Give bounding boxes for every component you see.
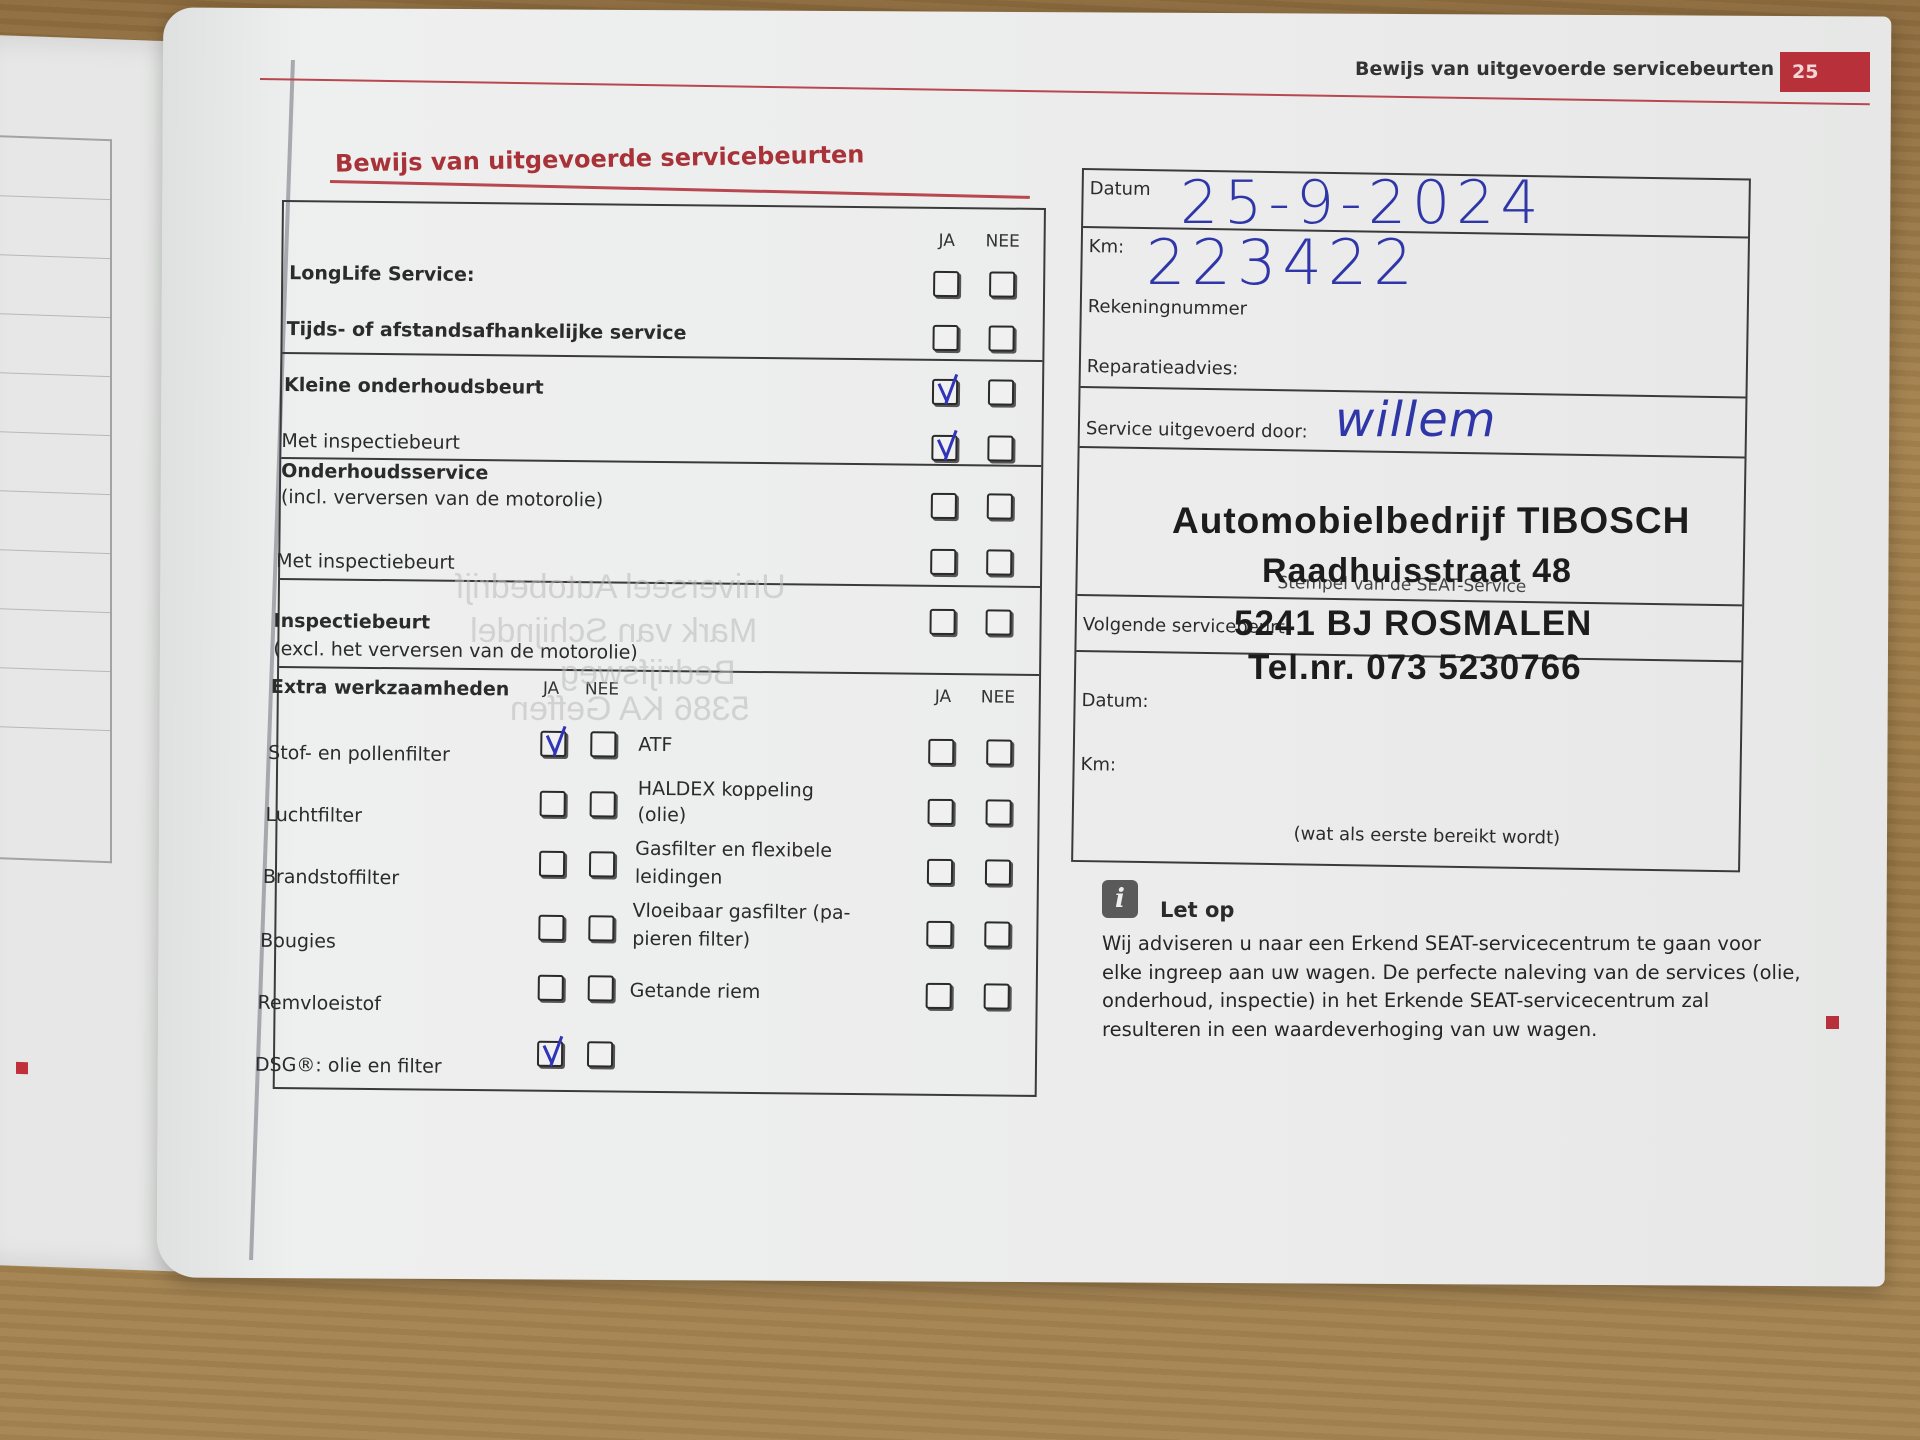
- checkbox-haldex-ja[interactable]: [927, 799, 953, 825]
- checkbox-stof-ja[interactable]: [540, 731, 566, 757]
- col-ja-header: JA: [939, 231, 956, 251]
- extra-col-nee-right: NEE: [981, 687, 1015, 707]
- extra-label-lucht: Luchtfilter: [265, 804, 362, 827]
- service-label-kleine: Kleine onderhoudsbeurt: [284, 374, 544, 399]
- extra-heading: Extra werkzaamheden: [271, 676, 510, 700]
- volgende-km-label: Km:: [1080, 754, 1116, 776]
- ghost-stamp-line: Bedrijfsweg: [560, 654, 736, 693]
- checkbox-onderhoud-ja[interactable]: [931, 493, 957, 519]
- stamp-dealer-name: Automobielbedrijf TIBOSCH: [1172, 500, 1690, 542]
- checkbox-remvloeistof-nee[interactable]: [588, 975, 614, 1001]
- checkbox-met-inspectie-2-nee[interactable]: [986, 549, 1012, 575]
- service-label-met-inspectie-2: Met inspectiebeurt: [276, 550, 455, 574]
- checkbox-vloeibaar-ja[interactable]: [926, 921, 952, 947]
- checkbox-brandstof-nee[interactable]: [589, 851, 615, 877]
- reparatie-label: Reparatieadvies:: [1087, 356, 1239, 379]
- checkbox-met-inspectie-1-nee[interactable]: [987, 435, 1013, 461]
- checkbox-onderhoud-nee[interactable]: [987, 493, 1013, 519]
- checkbox-bougies-nee[interactable]: [588, 915, 614, 941]
- notice-title: Let op: [1160, 898, 1234, 922]
- checkbox-inspectiebeurt-ja[interactable]: [929, 609, 955, 635]
- extra-label-gasfilter: Gasfilter en flexibele: [635, 838, 832, 862]
- uitgevoerd-label: Service uitgevoerd door:: [1086, 418, 1308, 442]
- checkbox-inspectiebeurt-nee[interactable]: [985, 609, 1011, 635]
- service-sublabel-onderhoud: (incl. verversen van de motorolie): [281, 486, 604, 511]
- service-label-met-inspectie-1: Met inspectiebeurt: [281, 430, 460, 454]
- km-label: Km:: [1089, 236, 1125, 258]
- stamp-postcode-city: 5241 BJ ROSMALEN: [1234, 604, 1592, 644]
- extra-label-haldex: HALDEX koppeling: [638, 778, 814, 802]
- ghost-stamp-line: Universeel Autobedrijf: [455, 568, 786, 607]
- checkbox-dsg-ja[interactable]: [537, 1041, 563, 1067]
- checkbox-getande-riem-nee[interactable]: [984, 983, 1010, 1009]
- checkbox-tijds-nee[interactable]: [988, 325, 1014, 351]
- extra-label-gasfilter-2: leidingen: [635, 866, 723, 889]
- checkbox-stof-nee[interactable]: [590, 731, 616, 757]
- checkbox-tijds-ja[interactable]: [932, 325, 958, 351]
- page-number: 25: [1780, 52, 1870, 92]
- stamp-phone: Tel.nr. 073 5230766: [1248, 648, 1582, 688]
- page-end-marker: [1826, 1016, 1839, 1029]
- volgende-datum-label: Datum:: [1081, 690, 1148, 712]
- handwritten-signature[interactable]: willem: [1335, 392, 1497, 448]
- stamp-address: Raadhuisstraat 48: [1262, 552, 1572, 591]
- checkbox-longlife-ja[interactable]: [933, 271, 959, 297]
- service-label-longlife: LongLife Service:: [289, 262, 474, 286]
- col-nee-header: NEE: [986, 231, 1020, 251]
- handwritten-km[interactable]: 223422: [1146, 226, 1419, 299]
- checkbox-longlife-nee[interactable]: [989, 271, 1015, 297]
- service-label-onderhoud: Onderhoudsservice: [281, 460, 488, 484]
- checkbox-gasfilter-nee[interactable]: [985, 859, 1011, 885]
- datum-label: Datum: [1090, 178, 1151, 200]
- checkbox-met-inspectie-1-ja[interactable]: [931, 435, 957, 461]
- ghost-stamp-line: 5386 KA Geffen: [510, 690, 749, 729]
- checkbox-kleine-nee[interactable]: [988, 379, 1014, 405]
- extra-label-vloeibaar: Vloeibaar gasfilter (pa-: [632, 900, 850, 924]
- page-end-marker: [16, 1062, 28, 1074]
- checkbox-kleine-ja[interactable]: [932, 379, 958, 405]
- footnote: (wat als eerste bereikt wordt): [1293, 823, 1560, 848]
- rekening-label: Rekeningnummer: [1088, 296, 1248, 319]
- checkbox-atf-ja[interactable]: [928, 739, 954, 765]
- checkbox-vloeibaar-nee[interactable]: [984, 921, 1010, 947]
- service-label-tijds: Tijds- of afstandsafhankelijke service: [287, 318, 687, 344]
- info-icon: i: [1102, 880, 1138, 918]
- checkbox-getande-riem-ja[interactable]: [926, 983, 952, 1009]
- ghost-stamp-line: Mark van Schijndel: [470, 612, 757, 651]
- row-divider: [282, 352, 1042, 362]
- checkbox-lucht-ja[interactable]: [540, 791, 566, 817]
- running-header: Bewijs van uitgevoerde servicebeurten: [1355, 58, 1774, 80]
- checkbox-remvloeistof-ja[interactable]: [538, 975, 564, 1001]
- service-label-inspectiebeurt: Inspectiebeurt: [273, 610, 430, 634]
- checkbox-gasfilter-ja[interactable]: [927, 859, 953, 885]
- extra-label-remvloeistof: Remvloeistof: [257, 992, 381, 1015]
- notice-body: Wij adviseren u naar een Erkend SEAT-ser…: [1102, 930, 1802, 1044]
- checkbox-lucht-nee[interactable]: [590, 791, 616, 817]
- extra-label-dsg: DSG®: olie en filter: [255, 1054, 442, 1078]
- extra-col-ja-right: JA: [935, 687, 952, 707]
- checkbox-haldex-nee[interactable]: [985, 799, 1011, 825]
- checkbox-atf-nee[interactable]: [986, 739, 1012, 765]
- extra-label-vloeibaar-2: pieren filter): [632, 928, 750, 951]
- previous-page-table: [0, 135, 112, 864]
- extra-label-atf: ATF: [638, 734, 672, 756]
- extra-label-haldex-2: (olie): [637, 804, 686, 827]
- extra-label-bougies: Bougies: [260, 930, 336, 953]
- extra-label-brandstof: Brandstoffilter: [263, 866, 399, 889]
- checkbox-dsg-nee[interactable]: [587, 1041, 613, 1067]
- extra-label-stof: Stof- en pollenfilter: [268, 742, 450, 766]
- extra-label-getande-riem: Getande riem: [630, 980, 761, 1003]
- checkbox-met-inspectie-2-ja[interactable]: [930, 549, 956, 575]
- checkbox-bougies-ja[interactable]: [538, 915, 564, 941]
- checkbox-brandstof-ja[interactable]: [539, 851, 565, 877]
